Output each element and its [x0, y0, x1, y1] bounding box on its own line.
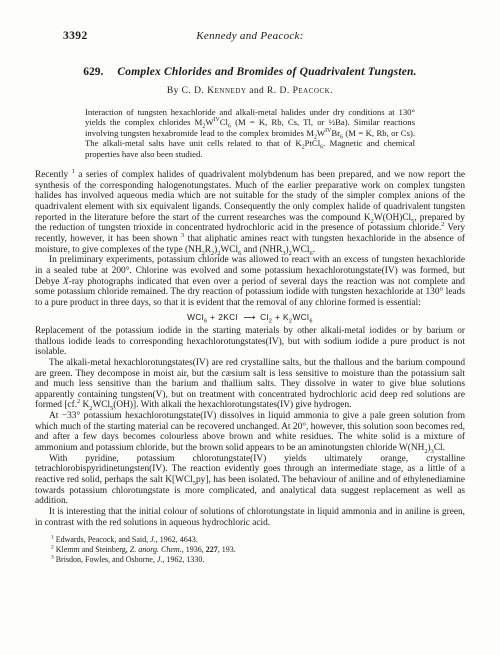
footnote-1: 1 Edwards, Peacock, and Said, J., 1962, …: [51, 535, 465, 545]
article-heading: 629.Complex Chlorides and Bromides of Qu…: [35, 62, 465, 80]
page-number: 3392: [63, 30, 88, 42]
article-number: 629.: [83, 66, 103, 78]
footnote-2: 2 Klemm and Steinberg, Z. anorg. Chem., …: [51, 545, 465, 555]
paragraph-2: In preliminary experiments, potassium ch…: [35, 255, 465, 308]
journal-page: 3392 Kennedy and Peacock: 629.Complex Ch…: [0, 0, 500, 655]
abstract: Interaction of tungsten hexachloride and…: [85, 107, 415, 159]
article-body: Recently 1 a series of complex halides o…: [35, 170, 465, 528]
author-name-1: C. D. Kennedy: [182, 86, 247, 96]
reaction-arrow-icon: ⟶: [241, 312, 258, 322]
paragraph-6: With pyridine, potassium chlorotungstate…: [35, 454, 465, 507]
equation-right: Cl2 + K2WCl6: [260, 312, 313, 322]
byline: By C. D. Kennedy and R. D. Peacock.: [35, 86, 465, 96]
reaction-equation: WCl6 + 2KCl ⟶ Cl2 + K2WCl6: [35, 313, 465, 322]
page-header: 3392 Kennedy and Peacock:: [35, 30, 465, 45]
paragraph-1: Recently 1 a series of complex halides o…: [35, 170, 465, 255]
equation-left: WCl6 + 2KCl: [187, 312, 238, 322]
byline-prefix: By: [167, 86, 179, 96]
paragraph-3: Replacement of the potassium iodide in t…: [35, 326, 465, 358]
footnote-3: 3 Brisdon, Fowles, and Osborne, J., 1962…: [51, 555, 465, 565]
paragraph-4: The alkali-metal hexachlorotungstates(IV…: [35, 358, 465, 411]
running-head: Kennedy and Peacock:: [35, 30, 465, 42]
footnotes: 1 Edwards, Peacock, and Said, J., 1962, …: [51, 535, 465, 564]
byline-conjunction: and: [249, 86, 264, 96]
paragraph-5: At −33° potassium hexachlorotungstate(IV…: [35, 411, 465, 454]
article-title: Complex Chlorides and Bromides of Quadri…: [117, 66, 416, 78]
paragraph-7: It is interesting that the initial colou…: [35, 507, 465, 528]
author-name-2: R. D. Peacock.: [267, 86, 333, 96]
